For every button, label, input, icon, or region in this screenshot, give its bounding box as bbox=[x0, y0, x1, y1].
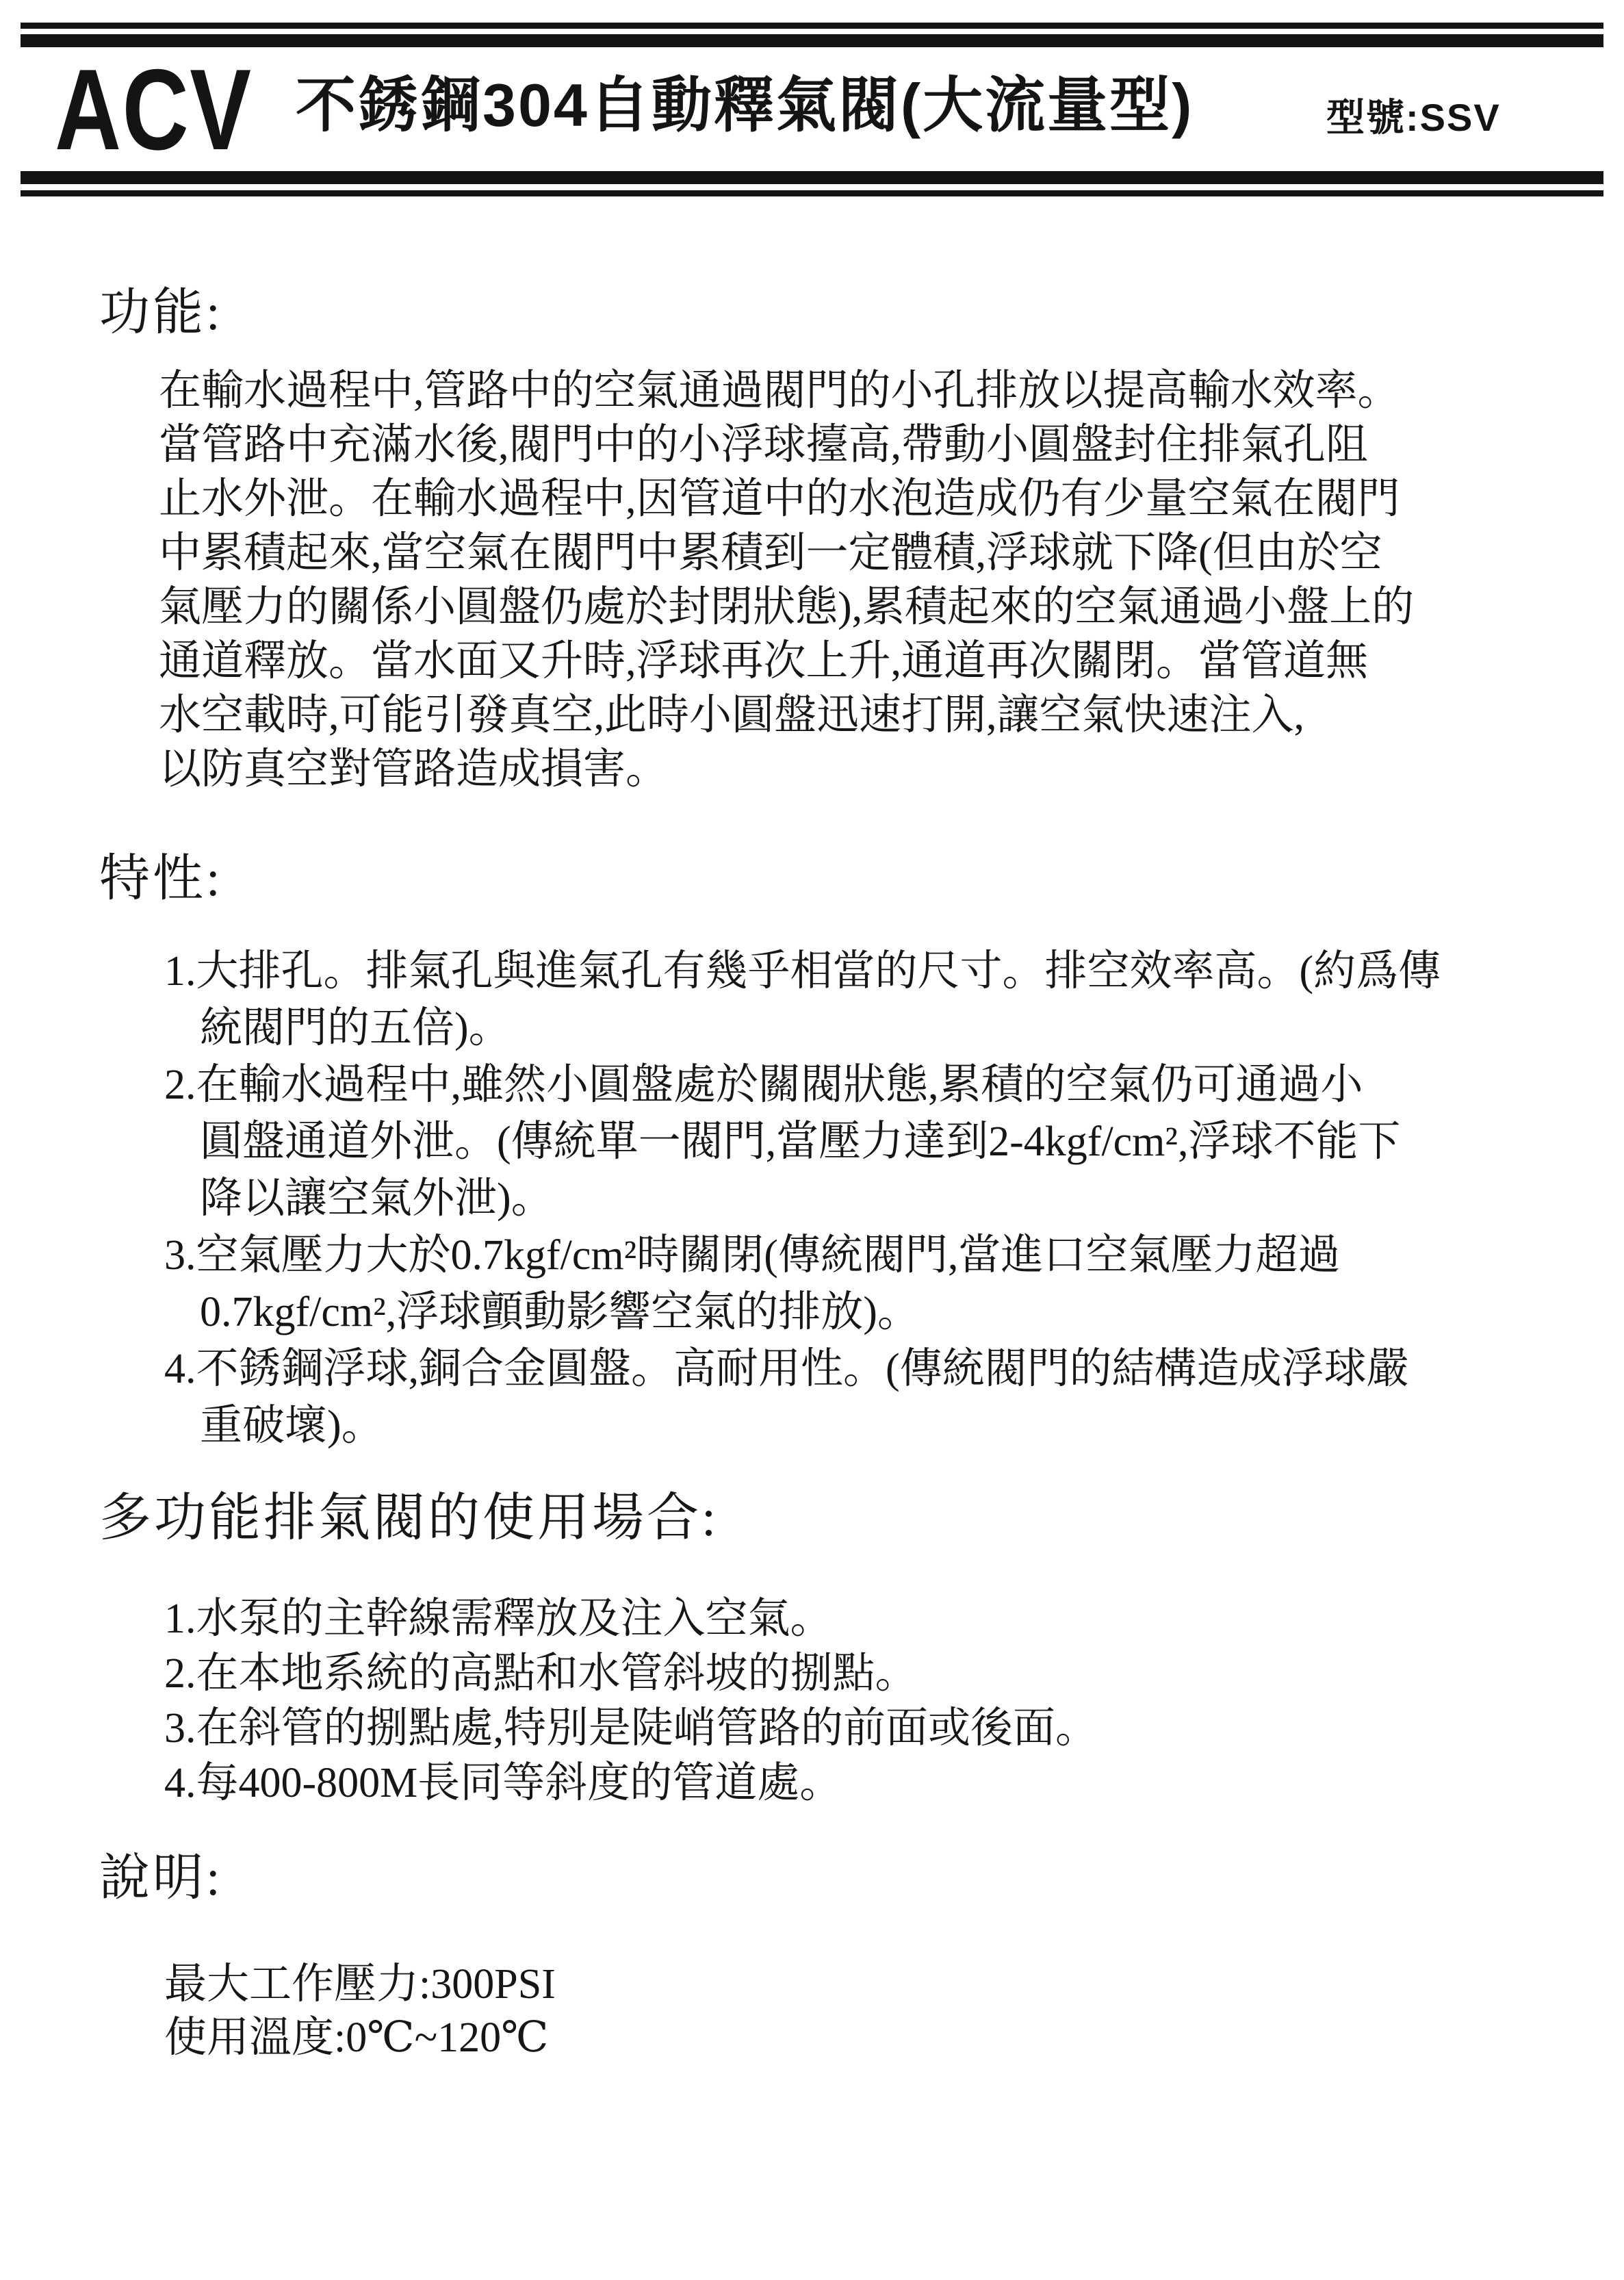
description-block: 最大工作壓力:300PSI 使用溫度:0℃~120℃ bbox=[164, 1958, 556, 2064]
header-bottom-thick-rule bbox=[21, 171, 1603, 184]
page-title: 不銹鋼304自動釋氣閥(大流量型) bbox=[296, 73, 1194, 139]
features-list: 1.大排孔。排氣孔與進氣孔有幾乎相當的尺寸。排空效率高。(約爲傳 統閥門的五倍)… bbox=[164, 943, 1441, 1455]
header-top-thin-rule bbox=[21, 23, 1603, 29]
datasheet-page: ACV 不銹鋼304自動釋氣閥(大流量型) 型號:SSV 功能: 在輸水過程中,… bbox=[0, 0, 1624, 2280]
model-number: 型號:SSV bbox=[1326, 88, 1501, 142]
section-heading-features: 特性: bbox=[99, 850, 223, 908]
function-text-line: 水空載時,可能引發真空,此時小圓盤迅速打開,讓空氣快速注入, bbox=[159, 689, 1414, 743]
feature-item-3-line: 0.7kgf/cm²,浮球顫動影響空氣的排放)。 bbox=[200, 1284, 1441, 1341]
feature-item-4-line: 4.不銹鋼浮球,銅合金圓盤。高耐用性。(傳統閥門的結構造成浮球嚴 bbox=[164, 1341, 1441, 1398]
operating-temperature: 使用溫度:0℃~120℃ bbox=[164, 2011, 556, 2064]
function-text-line: 氣壓力的關係小圓盤仍處於封閉狀態),累積起來的空氣通過小盤上的 bbox=[159, 580, 1414, 635]
feature-item-2-line: 降以讓空氣外泄)。 bbox=[200, 1170, 1441, 1227]
feature-item-1-line: 統閥門的五倍)。 bbox=[200, 1000, 1441, 1057]
usage-item: 1.水泵的主幹線需釋放及注入空氣。 bbox=[164, 1591, 1098, 1646]
function-text-line: 止水外泄。在輸水過程中,因管道中的水泡造成仍有少量空氣在閥門 bbox=[159, 472, 1414, 526]
section-heading-description: 說明: bbox=[99, 1849, 223, 1908]
function-text-line: 在輸水過程中,管路中的空氣通過閥門的小孔排放以提高輸水效率。 bbox=[159, 364, 1414, 418]
usage-item: 2.在本地系統的高點和水管斜坡的捌點。 bbox=[164, 1646, 1098, 1701]
function-text-line: 以防真空對管路造成損害。 bbox=[159, 743, 1414, 797]
function-text-line: 通道釋放。當水面又升時,浮球再次上升,通道再次關閉。當管道無 bbox=[159, 635, 1414, 689]
max-working-pressure: 最大工作壓力:300PSI bbox=[164, 1958, 556, 2011]
feature-item-1-line: 1.大排孔。排氣孔與進氣孔有幾乎相當的尺寸。排空效率高。(約爲傳 bbox=[164, 943, 1441, 1000]
usage-item: 4.每400-800M長同等斜度的管道處。 bbox=[164, 1756, 1098, 1810]
function-paragraph: 在輸水過程中,管路中的空氣通過閥門的小孔排放以提高輸水效率。 當管路中充滿水後,… bbox=[159, 364, 1414, 797]
function-text-line: 當管路中充滿水後,閥門中的小浮球擡高,帶動小圓盤封住排氣孔阻 bbox=[159, 418, 1414, 472]
usage-item: 3.在斜管的捌點處,特別是陡峭管路的前面或後面。 bbox=[164, 1701, 1098, 1756]
function-text-line: 中累積起來,當空氣在閥門中累積到一定體積,浮球就下降(但由於空 bbox=[159, 526, 1414, 580]
header-bottom-thin-rule bbox=[21, 190, 1603, 196]
feature-item-2-line: 2.在輸水過程中,雖然小圓盤處於關閥狀態,累積的空氣仍可通過小 bbox=[164, 1057, 1441, 1114]
usage-list: 1.水泵的主幹線需釋放及注入空氣。 2.在本地系統的高點和水管斜坡的捌點。 3.… bbox=[164, 1591, 1098, 1810]
feature-item-4-line: 重破壞)。 bbox=[200, 1398, 1441, 1455]
section-heading-usage: 多功能排氣閥的使用場合: bbox=[99, 1489, 719, 1548]
brand-logo: ACV bbox=[55, 52, 253, 167]
section-heading-function: 功能: bbox=[99, 284, 223, 342]
feature-item-2-line: 圓盤通道外泄。(傳統單一閥門,當壓力達到2-4kgf/cm²,浮球不能下 bbox=[200, 1114, 1441, 1170]
header-top-thick-rule bbox=[21, 34, 1603, 47]
feature-item-3-line: 3.空氣壓力大於0.7kgf/cm²時關閉(傳統閥門,當進口空氣壓力超過 bbox=[164, 1227, 1441, 1284]
